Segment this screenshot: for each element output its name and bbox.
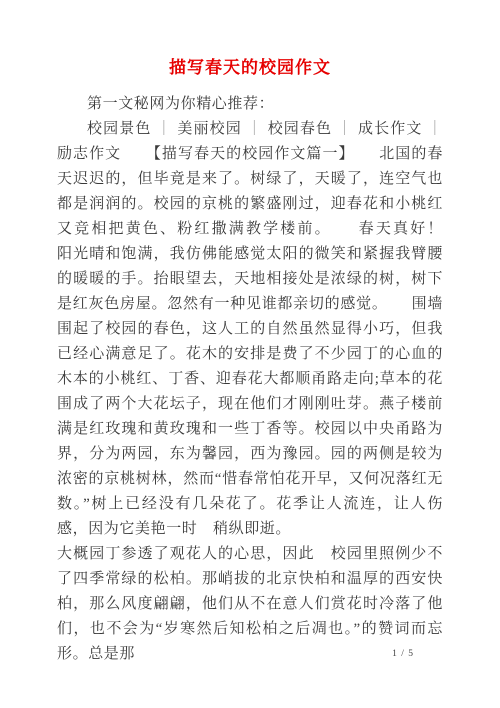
text-segment: 校园春色 xyxy=(268,121,332,137)
page-number-indicator: 1 / 5 xyxy=(392,648,414,660)
text-segment: 第一文秘网为你精心推荐： xyxy=(87,96,274,112)
document-title: 描写春天的校园作文 xyxy=(0,0,500,79)
text-segment: 大概园丁参透了观花人的心思，因此 校园里照例少不了四季常绿的松柏。那峭拔的北京快… xyxy=(57,546,443,662)
paragraph: 第一文秘网为你精心推荐： xyxy=(57,92,443,117)
separator-pipe: ｜ xyxy=(332,121,358,137)
document-page: 描写春天的校园作文 第一文秘网为你精心推荐：校园景色 ｜ 美丽校园 ｜ 校园春色… xyxy=(0,0,500,708)
text-segment xyxy=(121,146,153,162)
paragraph: 校园景色 ｜ 美丽校园 ｜ 校园春色 ｜ 成长作文 ｜ 励志作文 【描写春天的校… xyxy=(57,117,443,542)
text-segment: 【描写春天的校园作文篇一】 xyxy=(153,146,347,162)
separator-pipe: ｜ xyxy=(242,121,268,137)
separator-pipe: ｜ xyxy=(423,121,443,137)
document-body: 第一文秘网为你精心推荐：校园景色 ｜ 美丽校园 ｜ 校园春色 ｜ 成长作文 ｜ … xyxy=(57,92,443,667)
paragraph: 大概园丁参透了观花人的心思，因此 校园里照例少不了四季常绿的松柏。那峭拔的北京快… xyxy=(57,542,443,667)
text-segment: 成长作文 xyxy=(358,121,422,137)
text-segment: 校园景色 xyxy=(87,121,151,137)
separator-pipe: ｜ xyxy=(151,121,177,137)
text-segment xyxy=(347,146,379,162)
text-segment: 北国的春天迟迟的，但毕竟是来了。树绿了，天暖了，连空气也都是润润的。校园的京桃的… xyxy=(57,146,474,537)
text-segment: 美丽校园 xyxy=(177,121,241,137)
text-segment: 励志作文 xyxy=(57,146,121,162)
